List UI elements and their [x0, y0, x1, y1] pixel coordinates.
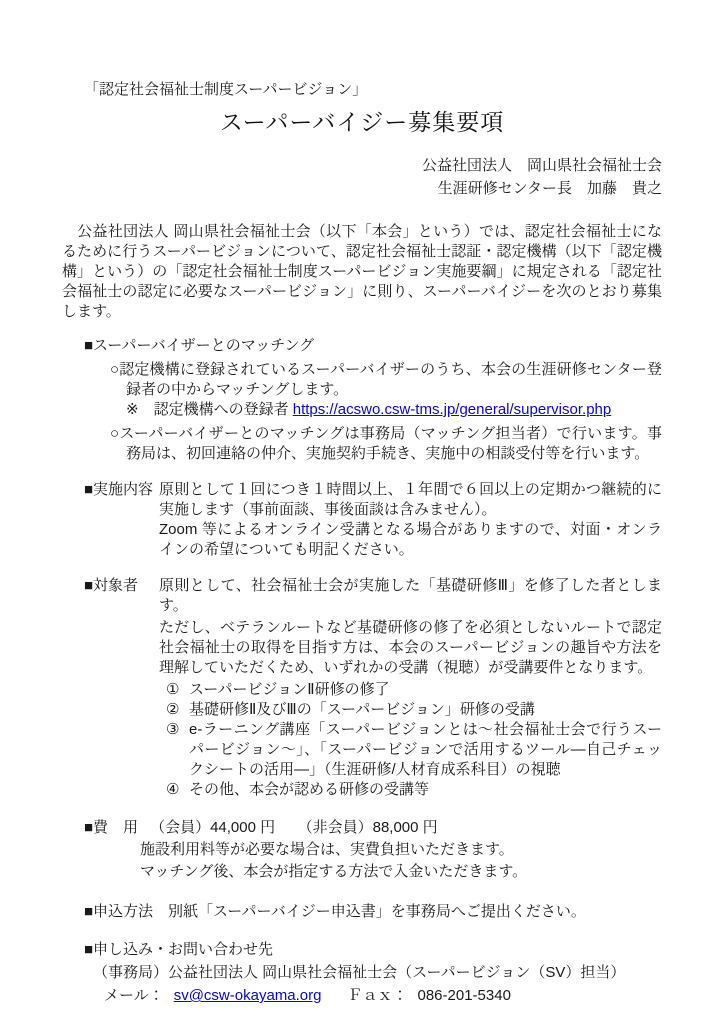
item-number: ② — [166, 700, 189, 720]
item-text: e-ラーニング講座「スーパービジョンとは～社会福祉士会で行うスーパービジョン～」… — [189, 720, 662, 780]
fee-amounts: （会員）44,000 円 （非会員）88,000 円 — [150, 819, 438, 836]
intro-paragraph: 公益社団法人 岡山県社会福祉士会（以下「本会」という）では、認定社会福祉士になる… — [62, 222, 662, 322]
page-title: スーパーバイジー募集要項 — [62, 108, 662, 136]
registry-note-label: ※ 認定機構への登録者 — [126, 401, 293, 418]
contact-mail-fax-line: メール：sv@csw-okayama.orgＦａｘ：086-201-5340 — [104, 986, 662, 1006]
issuer-person: 生涯研修センター長 加藤 貴之 — [62, 177, 662, 200]
eligibility-content: 原則として、社会福祉士会が実施した「基礎研修Ⅲ」を修了した者とします。 ただし、… — [159, 576, 662, 800]
item-number: ③ — [166, 720, 189, 780]
mail-label: メール： — [104, 987, 164, 1004]
item-text: 基礎研修Ⅱ及びⅢの「スーパービジョン」研修の受講 — [189, 700, 662, 720]
eligibility-para-1: 原則として、社会福祉士会が実施した「基礎研修Ⅲ」を修了した者とします。 — [159, 576, 662, 616]
matching-section-heading: ■スーパーバイザーとのマッチング — [84, 336, 662, 356]
mail-link[interactable]: sv@csw-okayama.org — [174, 987, 322, 1004]
eligibility-item: ① スーパービジョンⅡ研修の修了 — [159, 680, 662, 700]
contact-heading: ■申し込み・お問い合わせ先 — [84, 940, 662, 960]
section-matching: ■スーパーバイザーとのマッチング ○認定機構に登録されているスーパーバイザーのう… — [62, 336, 662, 464]
eligibility-item: ③ e-ラーニング講座「スーパービジョンとは～社会福祉士会で行うスーパービジョン… — [159, 720, 662, 780]
document-page: 「認定社会福祉士制度スーパービジョン」 スーパーバイジー募集要項 公益社団法人 … — [0, 0, 724, 1024]
item-number: ④ — [166, 780, 189, 800]
eligibility-list: ① スーパービジョンⅡ研修の修了 ② 基礎研修Ⅱ及びⅢの「スーパービジョン」研修… — [159, 680, 662, 800]
item-text: その他、本会が認める研修の受講等 — [189, 780, 662, 800]
fax-number: 086-201-5340 — [418, 987, 511, 1004]
implementation-label: ■実施内容 — [84, 480, 159, 500]
item-number: ① — [166, 680, 189, 700]
contact-office-line: （事務局）公益社団法人 岡山県社会福祉士会（スーパービジョン（SV）担当） — [93, 963, 662, 983]
section-eligibility: ■対象者 原則として、社会福祉士会が実施した「基礎研修Ⅲ」を修了した者とします。… — [84, 576, 662, 800]
matching-item-2: ○スーパーバイザーとのマッチングは事務局（マッチング担当者）で行います。事務局は… — [110, 424, 662, 464]
implementation-content: 原則として１回につき１時間以上、１年間で６回以上の定期かつ継続的に実施します（事… — [159, 480, 662, 560]
fee-note-2: マッチング後、本会が指定する方法で入金いただきます。 — [140, 862, 662, 882]
item-text: スーパービジョンⅡ研修の修了 — [189, 680, 662, 700]
eligibility-label: ■対象者 — [84, 576, 159, 596]
section-implementation: ■実施内容 原則として１回につき１時間以上、１年間で６回以上の定期かつ継続的に実… — [84, 480, 662, 560]
matching-item-1: ○認定機構に登録されているスーパーバイザーのうち、本会の生涯研修センター登録者の… — [110, 360, 662, 400]
implementation-para-1: 原則として１回につき１時間以上、１年間で６回以上の定期かつ継続的に実施します（事… — [159, 480, 662, 520]
section-contact: ■申し込み・お問い合わせ先 （事務局）公益社団法人 岡山県社会福祉士会（スーパー… — [62, 940, 662, 1006]
eligibility-item: ② 基礎研修Ⅱ及びⅢの「スーパービジョン」研修の受講 — [159, 700, 662, 720]
eligibility-para-2: ただし、ベテランルートなど基礎研修の修了を必須としないルートで認定社会福祉士の取… — [159, 618, 662, 678]
supervisor-registry-link[interactable]: https://acswo.csw-tms.jp/general/supervi… — [293, 401, 611, 418]
fee-line: ■費 用（会員）44,000 円 （非会員）88,000 円 — [84, 818, 662, 838]
registry-note-line: ※ 認定機構への登録者 https://acswo.csw-tms.jp/gen… — [126, 400, 662, 420]
eligibility-item: ④ その他、本会が認める研修の受講等 — [159, 780, 662, 800]
issuer-block: 公益社団法人 岡山県社会福祉士会 生涯研修センター長 加藤 貴之 — [62, 154, 662, 200]
document-subtitle: 「認定社会福祉士制度スーパービジョン」 — [84, 80, 662, 100]
application-method-line: ■申込方法 別紙「スーパーバイジー申込書」を事務局へご提出ください。 — [84, 902, 662, 922]
fee-label: ■費 用 — [84, 819, 138, 836]
issuer-organization: 公益社団法人 岡山県社会福祉士会 — [62, 154, 662, 177]
implementation-para-2: Zoom 等によるオンライン受講となる場合がありますので、対面・オンラインの希望… — [159, 520, 662, 560]
section-fee: ■費 用（会員）44,000 円 （非会員）88,000 円 施設利用料等が必要… — [62, 818, 662, 882]
fax-label: Ｆａｘ： — [347, 987, 407, 1004]
fee-note-1: 施設利用料等が必要な場合は、実費負担いただきます。 — [140, 840, 662, 860]
